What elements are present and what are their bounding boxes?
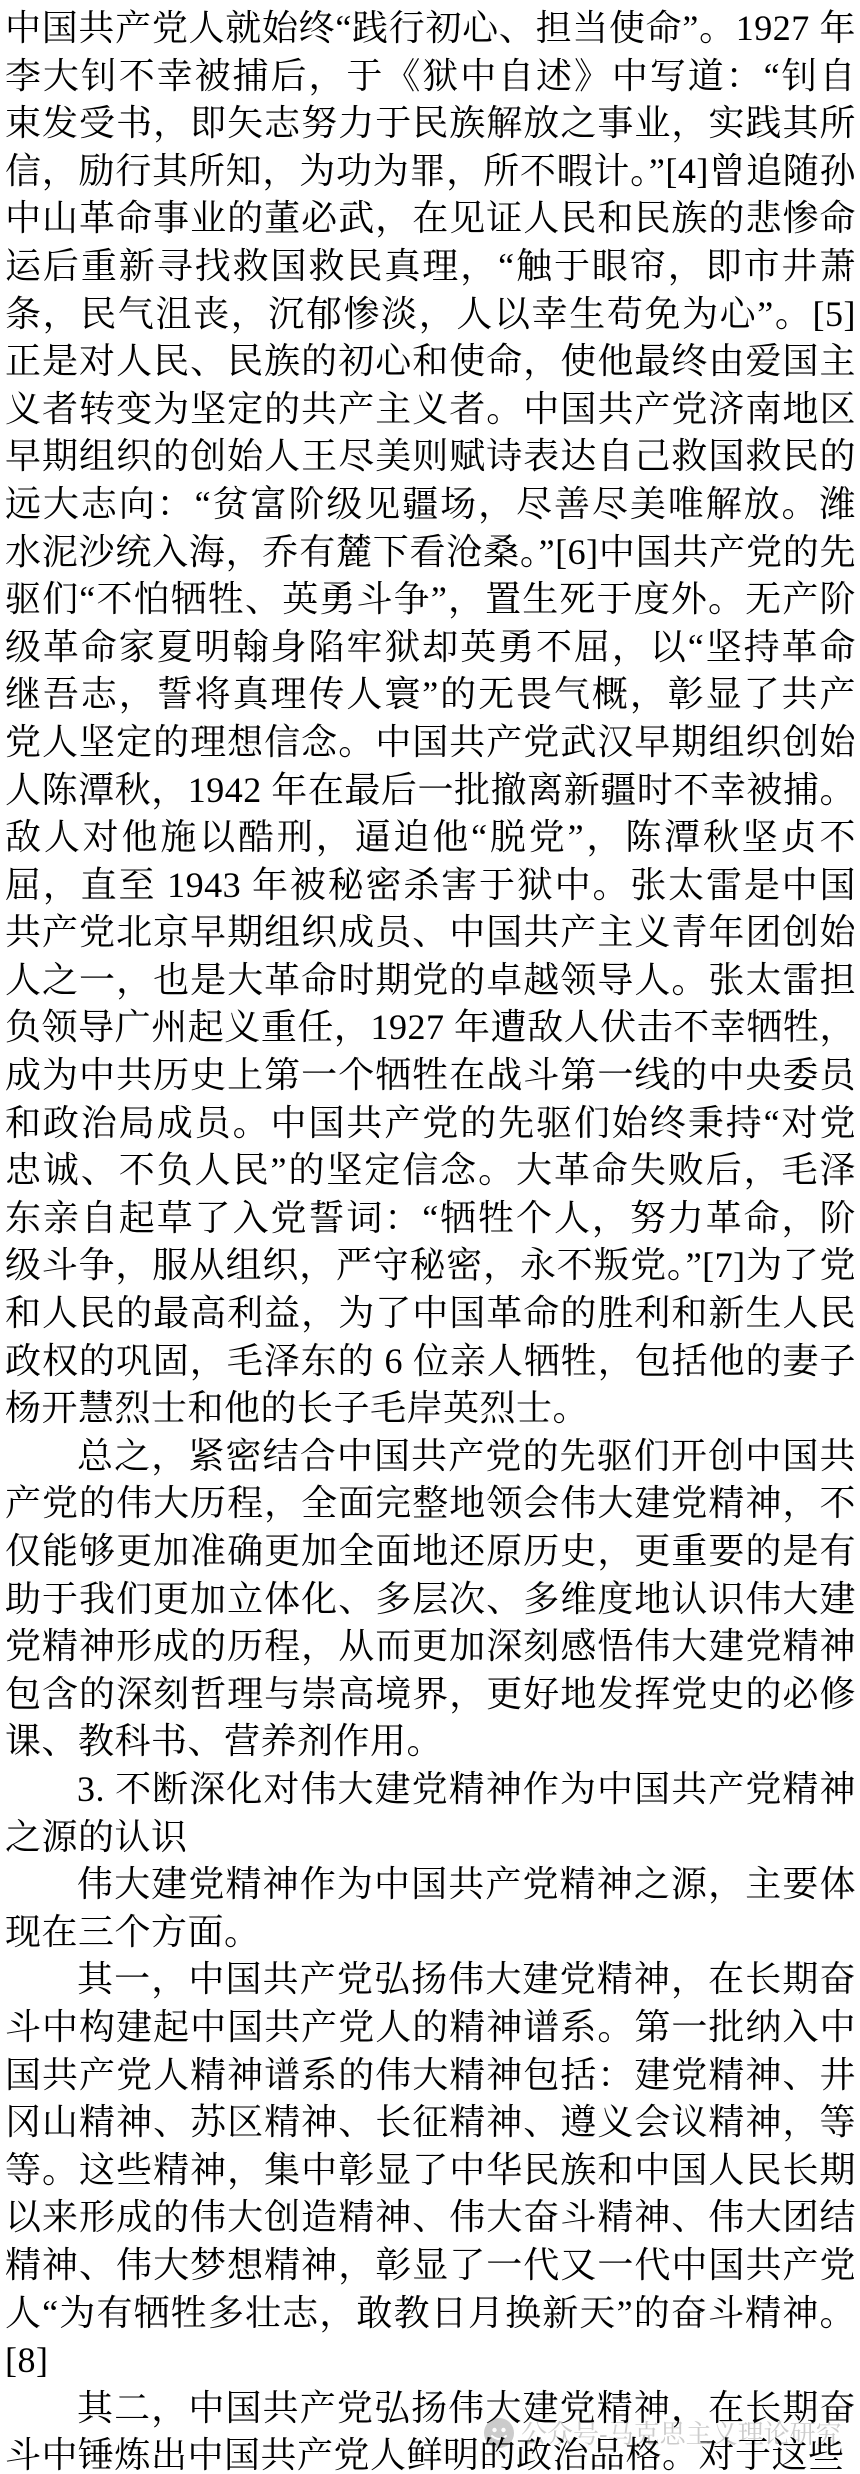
article-paragraph-4: 伟大建党精神作为中国共产党精神之源，主要体现在三个方面。 (5, 1861, 856, 1956)
article-body: 中国共产党人就始终“践行初心、担当使命”。1927 年李大钊不幸被捕后，于《狱中… (0, 0, 860, 2474)
section-heading-3: 3. 不断深化对伟大建党精神作为中国共产党精神之源的认识 (5, 1766, 856, 1861)
article-paragraph-6: 其二，中国共产党弘扬伟大建党精神，在长期奋斗中锤炼出中国共产党人鲜明的政治品格。… (5, 2385, 856, 2474)
article-paragraph-1: 中国共产党人就始终“践行初心、担当使命”。1927 年李大钊不幸被捕后，于《狱中… (5, 5, 856, 1433)
document-page: 公众号-马克思主义理论研究 中国共产党人就始终“践行初心、担当使命”。1927 … (0, 0, 860, 2474)
article-paragraph-2: 总之，紧密结合中国共产党的先驱们开创中国共产党的伟大历程，全面完整地领会伟大建党… (5, 1433, 856, 1766)
article-paragraph-5: 其一，中国共产党弘扬伟大建党精神，在长期奋斗中构建起中国共产党人的精神谱系。第一… (5, 1956, 856, 2384)
